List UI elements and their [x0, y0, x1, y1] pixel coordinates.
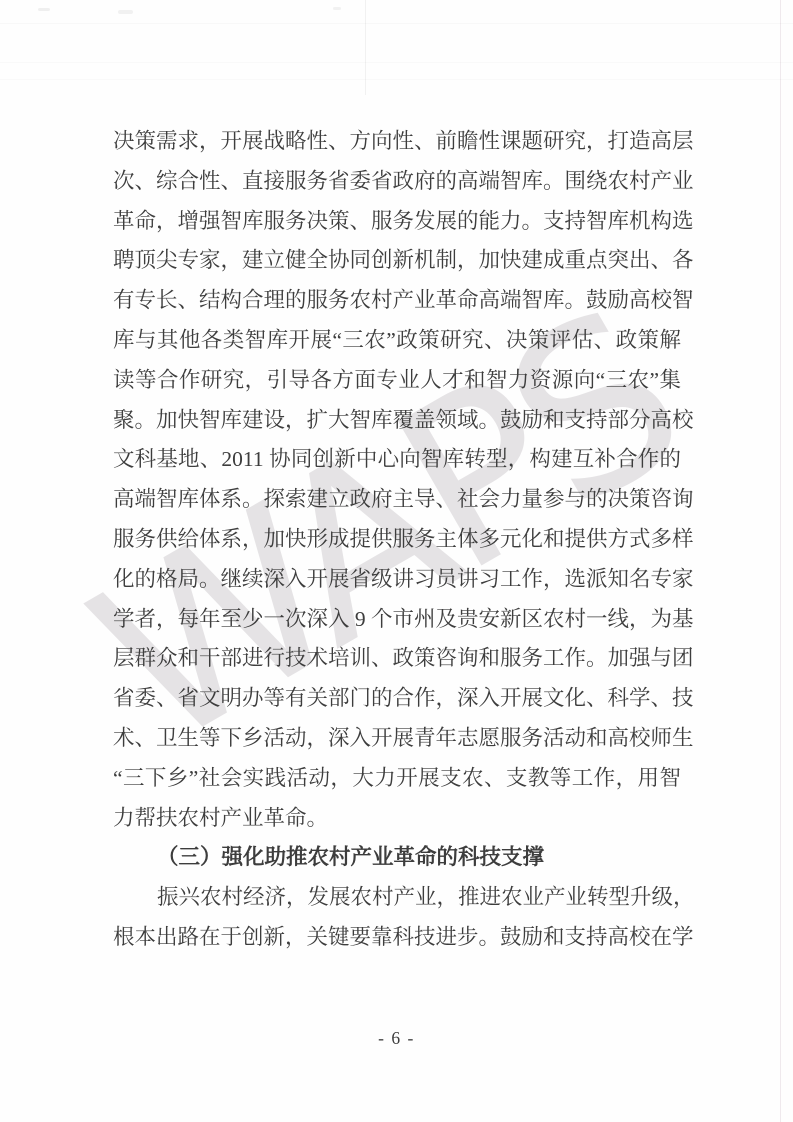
body-text-line: 省委、省文明办等有关部门的合作，深入开展文化、科学、技	[113, 679, 681, 719]
scan-artifact-horizontal-line	[0, 79, 793, 80]
body-text-line: 库与其他各类智库开展“三农”政策研究、决策评估、政策解	[113, 321, 681, 361]
body-text-line: 有专长、结构合理的服务农村产业革命高端智库。鼓励高校智	[113, 281, 681, 321]
scan-artifact-horizontal-line	[0, 62, 793, 63]
scan-artifact-speck	[38, 8, 50, 11]
scan-artifact-speck	[333, 7, 341, 10]
body-text-line: 根本出路在于创新，关键要靠科技进步。鼓励和支持高校在学	[113, 918, 681, 958]
body-text-line: “三下乡”社会实践活动，大力开展支农、支教等工作，用智	[113, 759, 681, 799]
section-heading: （三）强化助推农村产业革命的科技支撑	[113, 838, 681, 878]
body-text-line: 服务供给体系，加快形成提供服务主体多元化和提供方式多样	[113, 520, 681, 560]
body-text-line: 层群众和干部进行技术培训、政策咨询和服务工作。加强与团	[113, 639, 681, 679]
body-text-line: 文科基地、2011 协同创新中心向智库转型，构建互补合作的	[113, 440, 681, 480]
body-text-line: 高端智库体系。探索建立政府主导、社会力量参与的决策咨询	[113, 480, 681, 520]
body-text-line: 聚。加快智库建设，扩大智库覆盖领域。鼓励和支持部分高校	[113, 401, 681, 441]
body-text-line: 聘顶尖专家，建立健全协同创新机制，加快建成重点突出、各	[113, 241, 681, 281]
body-text-line: 决策需求，开展战略性、方向性、前瞻性课题研究，打造高层	[113, 122, 681, 162]
scan-artifact-fold-line	[365, 0, 366, 95]
body-text-line: 振兴农村经济，发展农村产业，推进农业产业转型升级，	[113, 878, 681, 918]
scan-artifact-speck	[118, 10, 133, 14]
body-text-line: 术、卫生等下乡活动，深入开展青年志愿服务活动和高校师生	[113, 719, 681, 759]
scan-artifact-vertical-line	[780, 0, 781, 1122]
body-text-line: 革命，增强智库服务决策、服务发展的能力。支持智库机构选	[113, 202, 681, 242]
body-text-line: 读等合作研究，引导各方面专业人才和智力资源向“三农”集	[113, 361, 681, 401]
page-number: - 6 -	[0, 1028, 793, 1049]
document-page: { "document": { "watermark_text": "WAPS"…	[0, 0, 793, 1122]
scan-artifact-horizontal-line	[0, 23, 793, 24]
body-text-line: 力帮扶农村产业革命。	[113, 799, 681, 839]
body-text-line: 化的格局。继续深入开展省级讲习员讲习工作，选派知名专家	[113, 560, 681, 600]
body-text-line: 次、综合性、直接服务省委省政府的高端智库。围绕农村产业	[113, 162, 681, 202]
document-body: 决策需求，开展战略性、方向性、前瞻性课题研究，打造高层 次、综合性、直接服务省委…	[113, 122, 681, 958]
body-text-line: 学者，每年至少一次深入 9 个市州及贵安新区农村一线，为基	[113, 600, 681, 640]
